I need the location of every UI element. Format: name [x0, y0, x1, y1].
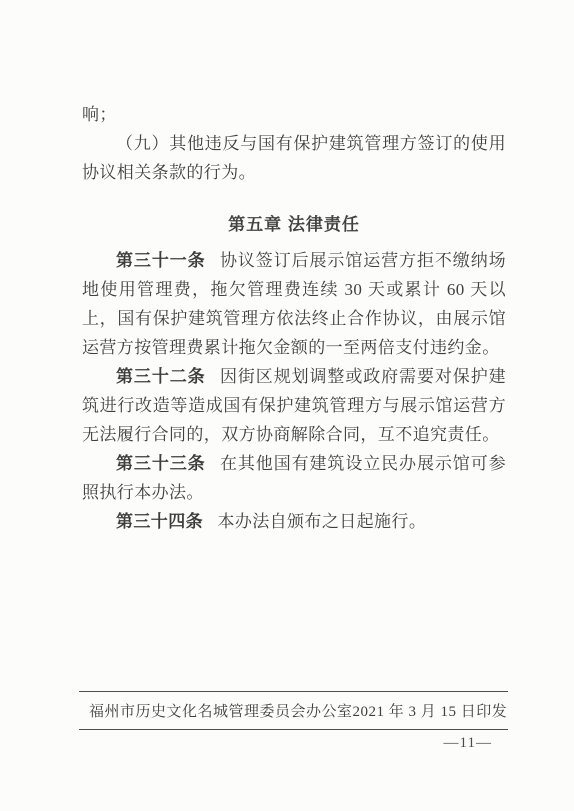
- footer-print-date: 2021 年 3 月 15 日印发: [353, 700, 508, 721]
- article-32: 第三十二条因街区规划调整或政府需要对保护建筑进行改造等造成国有保护建筑管理方与展…: [82, 362, 506, 449]
- article-31: 第三十一条协议签订后展示馆运营方拒不缴纳场地使用管理费，拖欠管理费连续 30 天…: [82, 246, 506, 362]
- article-31-label: 第三十一条: [116, 251, 206, 270]
- paragraph-continuation: 响；: [82, 100, 506, 129]
- page-number: —11—: [79, 735, 508, 752]
- chapter-heading: 第五章 法律责任: [82, 210, 506, 239]
- article-33: 第三十三条在其他国有建筑设立民办展示馆可参照执行本办法。: [82, 449, 506, 507]
- footer-colophon: 福州市历史文化名城管理委员会办公室 2021 年 3 月 15 日印发 —11—: [79, 691, 508, 752]
- footer-colophon-row: 福州市历史文化名城管理委员会办公室 2021 年 3 月 15 日印发: [79, 691, 508, 730]
- document-body: 响； （九）其他违反与国有保护建筑管理方签订的使用协议相关条款的行为。 第五章 …: [82, 100, 506, 536]
- paragraph-item-nine: （九）其他违反与国有保护建筑管理方签订的使用协议相关条款的行为。: [82, 129, 506, 187]
- article-34: 第三十四条本办法自颁布之日起施行。: [82, 507, 506, 536]
- article-32-label: 第三十二条: [116, 367, 206, 386]
- footer-issuer: 福州市历史文化名城管理委员会办公室: [89, 700, 353, 721]
- article-34-label: 第三十四条: [116, 512, 203, 531]
- article-34-text: 本办法自颁布之日起施行。: [217, 512, 426, 531]
- document-page: 响； （九）其他违反与国有保护建筑管理方签订的使用协议相关条款的行为。 第五章 …: [0, 0, 574, 811]
- article-33-label: 第三十三条: [116, 454, 206, 473]
